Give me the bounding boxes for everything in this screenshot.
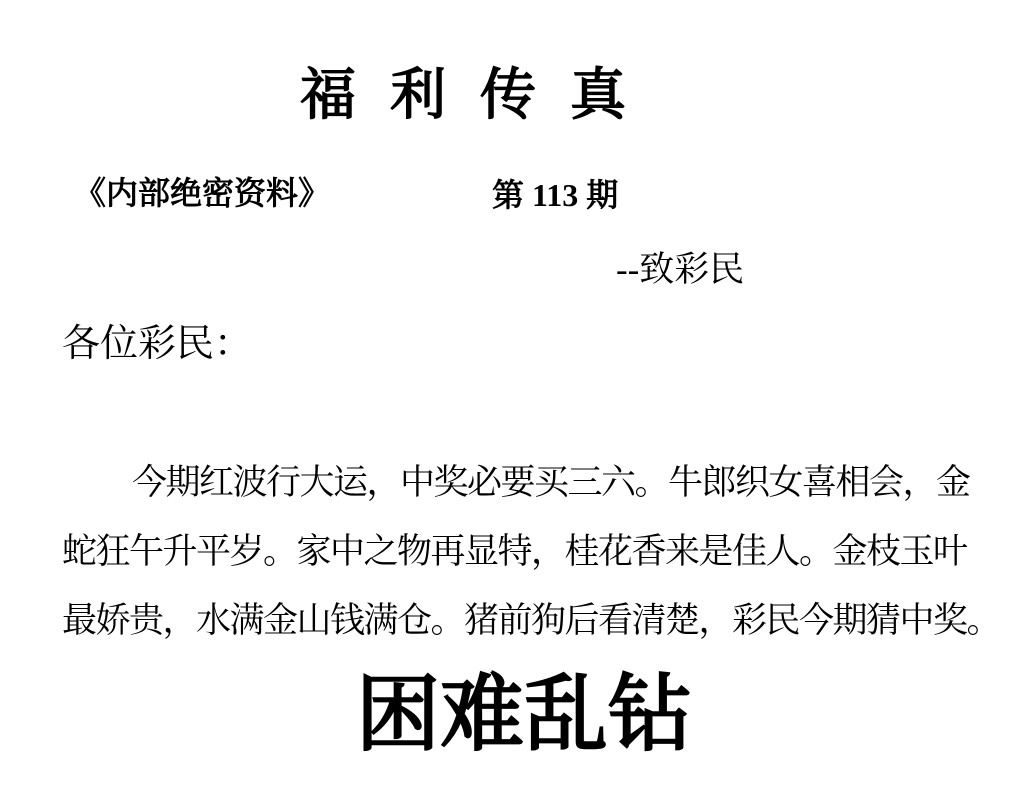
issue-number-label: 第 113 期 [492, 170, 618, 216]
salutation-line: 各位彩民： [62, 312, 252, 367]
source-label: 《内部绝密资料》 [74, 168, 330, 214]
body-paragraph: 今期红波行大运，中奖必要买三六。牛郎织女喜相会，金 蛇狂午升平岁。家中之物再显特… [62, 448, 974, 655]
body-line-1: 今期红波行大运，中奖必要买三六。牛郎织女喜相会，金 [62, 448, 974, 517]
body-line-3: 最娇贵，水满金山钱满仓。猪前狗后看清楚，彩民今期猜中奖。 [62, 586, 974, 655]
fax-document-page: 福 利 传 真 《内部绝密资料》 第 113 期 --致彩民 各位彩民： 今期红… [0, 0, 1024, 809]
body-line-2: 蛇狂午升平岁。家中之物再显特，桂花香来是佳人。金枝玉叶 [62, 517, 974, 586]
dedication-line: --致彩民 [616, 242, 744, 292]
bottom-headline: 困难乱钻 [0, 670, 1024, 762]
document-title: 福 利 传 真 [300, 64, 636, 128]
